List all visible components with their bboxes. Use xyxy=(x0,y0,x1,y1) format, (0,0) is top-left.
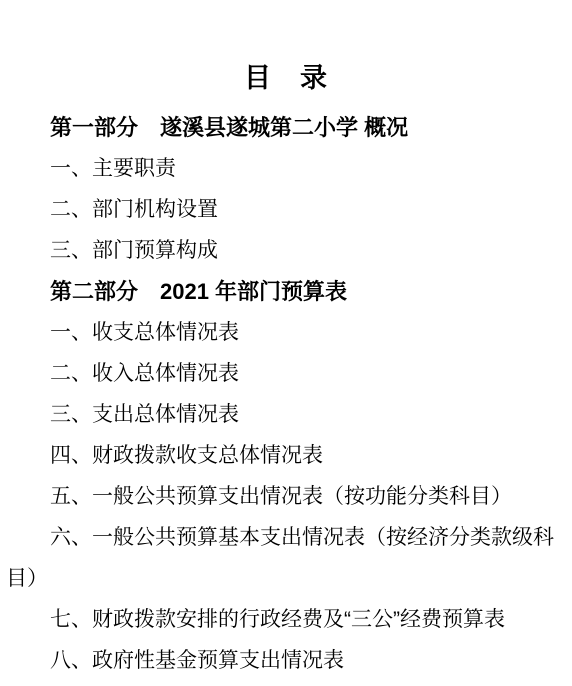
toc-title: 目 录 xyxy=(6,62,566,94)
toc-item: 八、政府性基金预算支出情况表 xyxy=(6,640,566,681)
section-heading-part1: 第一部分 遂溪县遂城第二小学 概况 xyxy=(6,107,566,148)
toc-item: 四、财政拨款收支总体情况表 xyxy=(6,435,566,476)
toc-item: 六、一般公共预算基本支出情况表（按经济分类款级科目） xyxy=(6,517,566,599)
toc-item: 三、支出总体情况表 xyxy=(6,394,566,435)
toc-item: 一、收支总体情况表 xyxy=(6,312,566,353)
toc-item: 三、部门预算构成 xyxy=(6,230,566,271)
toc-item: 五、一般公共预算支出情况表（按功能分类科目） xyxy=(6,476,566,517)
toc-item: 二、部门机构设置 xyxy=(6,189,566,230)
toc-item: 七、财政拨款安排的行政经费及“三公”经费预算表 xyxy=(6,599,566,640)
toc-item: 二、收入总体情况表 xyxy=(6,353,566,394)
document-page: 目 录 第一部分 遂溪县遂城第二小学 概况 一、主要职责 二、部门机构设置 三、… xyxy=(0,0,572,686)
toc-item: 一、主要职责 xyxy=(6,148,566,189)
section-heading-part2: 第二部分 2021 年部门预算表 xyxy=(6,271,566,312)
